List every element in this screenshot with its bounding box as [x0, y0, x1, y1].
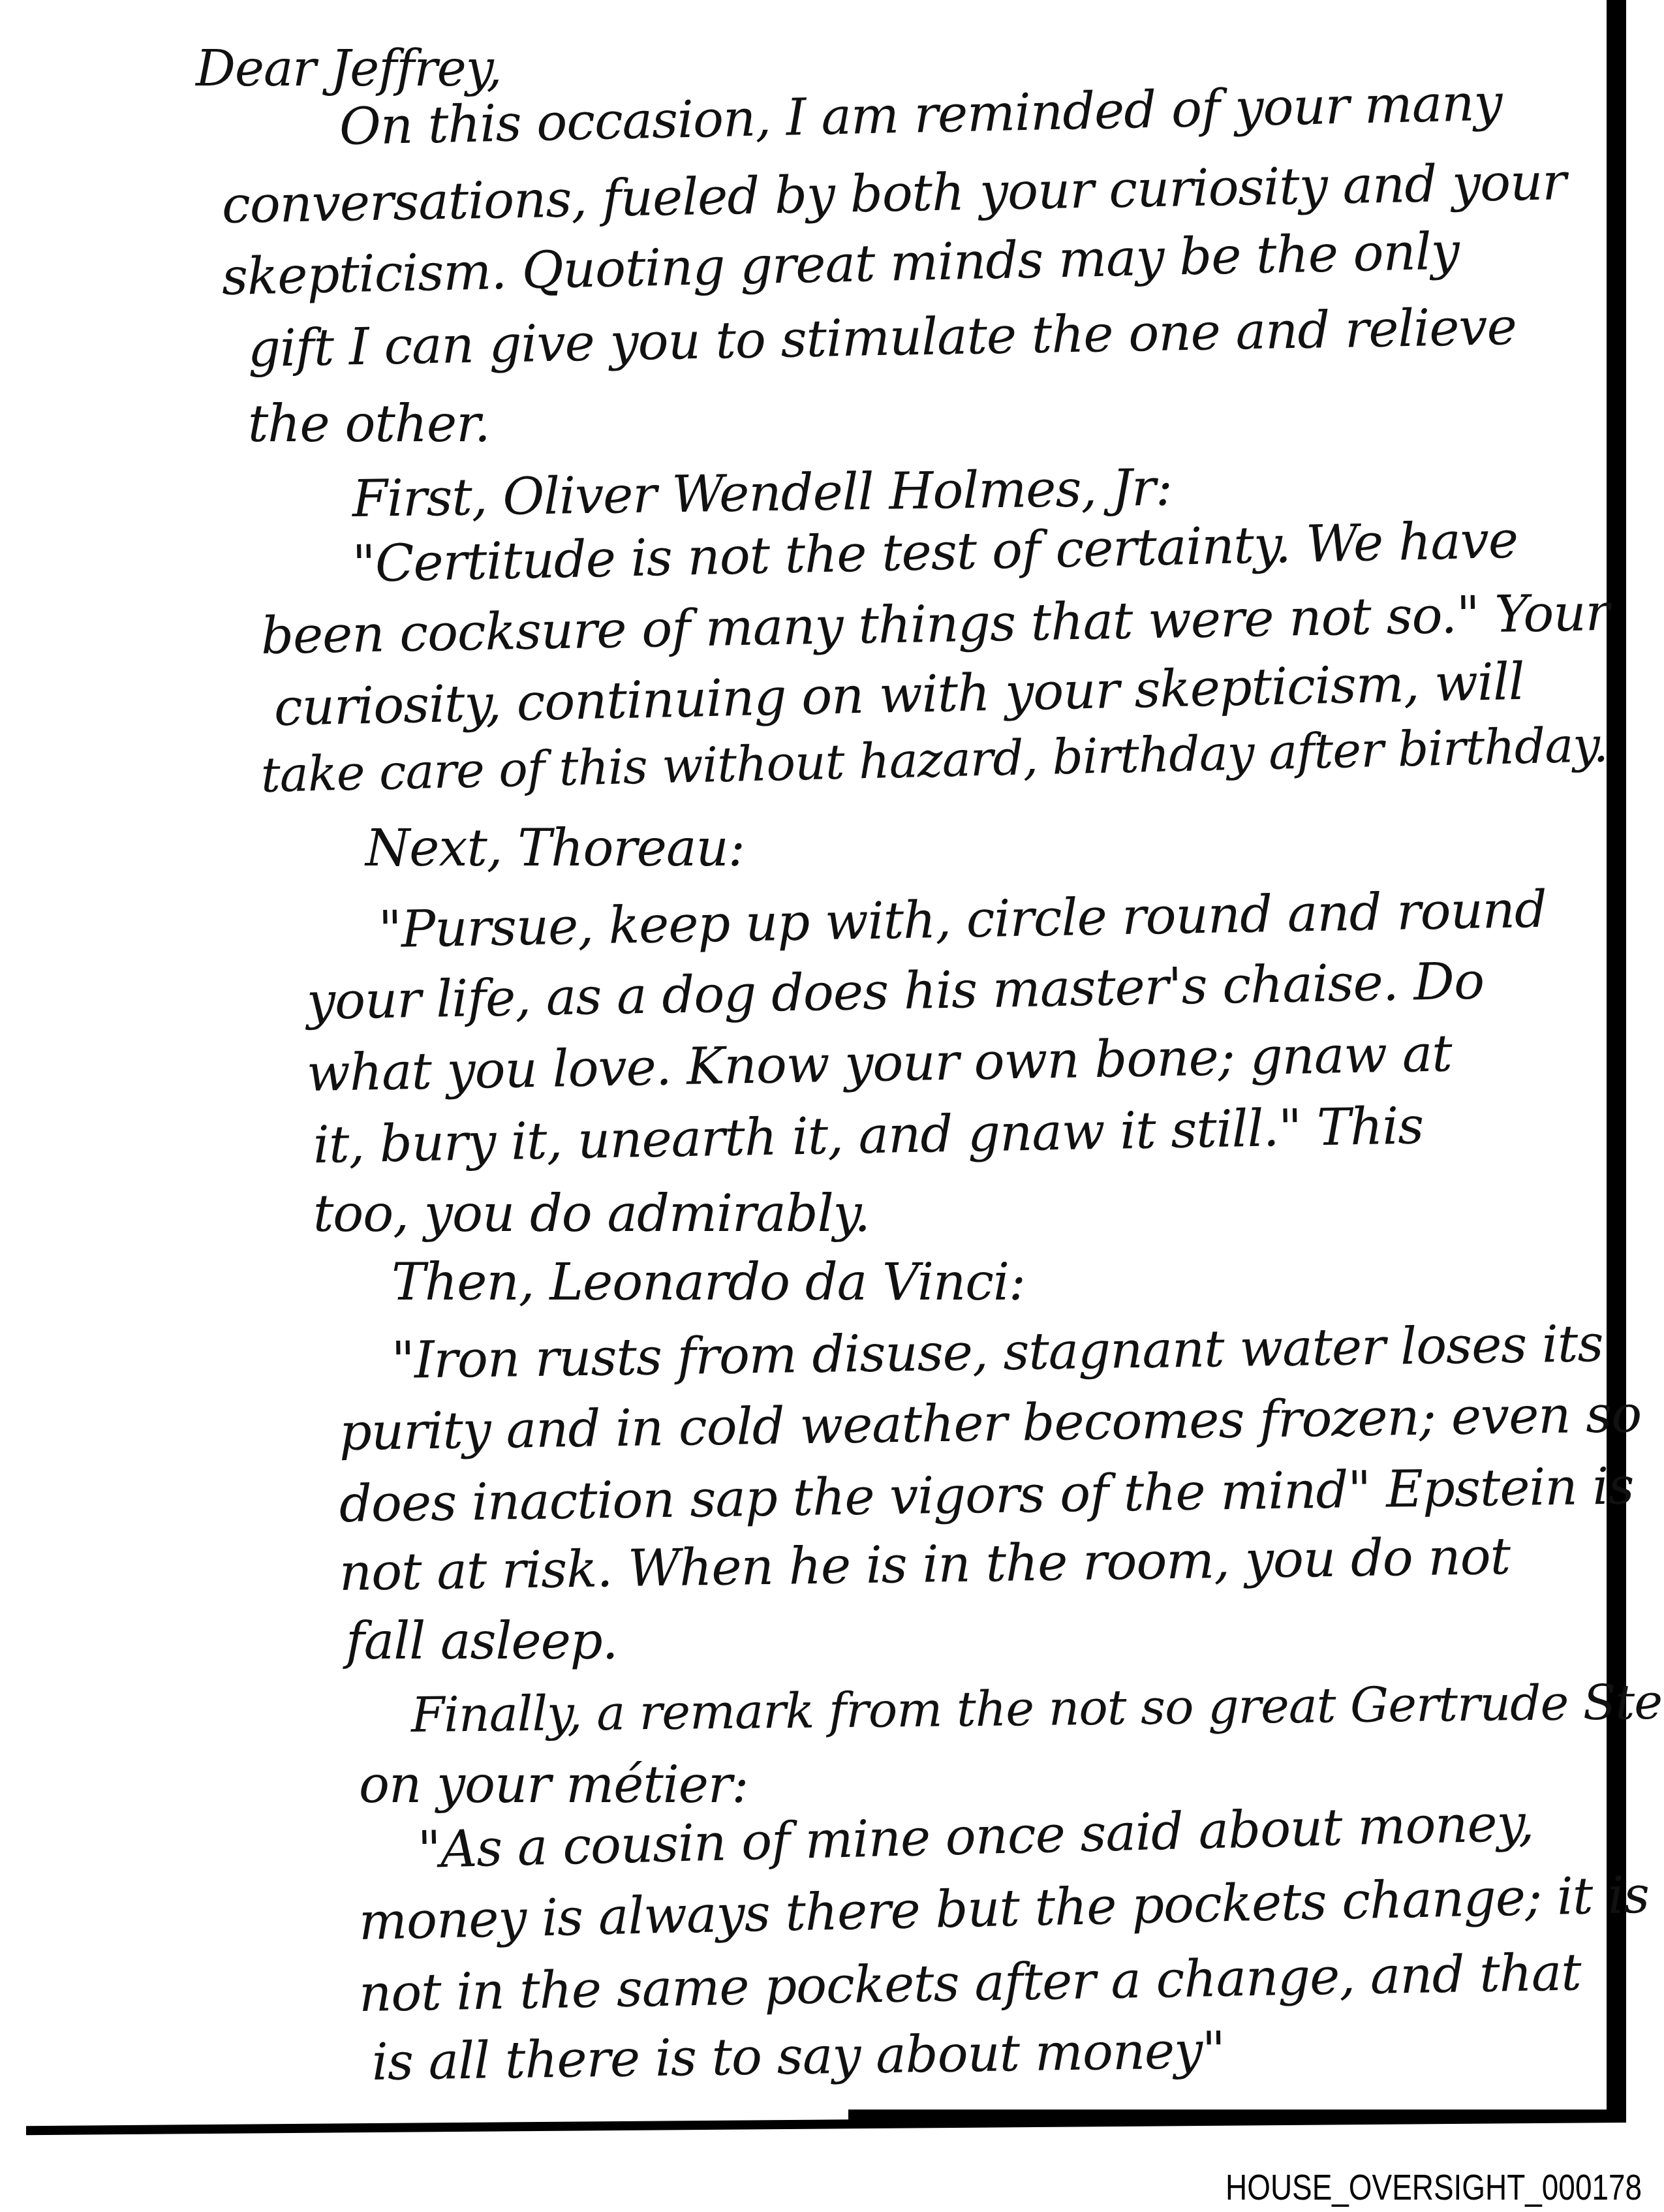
- letter-line: "Pursue, keep up with, circle round and …: [378, 880, 1547, 959]
- scanned-letter-page: Dear Jeffrey, On this occasion, I am rem…: [0, 0, 1664, 2212]
- letter-line: not at risk. When he is in the room, you…: [339, 1527, 1510, 1602]
- letter-line-heading: Next, Thoreau:: [365, 819, 745, 878]
- letter-line: does inaction sap the vigors of the mind…: [339, 1457, 1634, 1534]
- letter-line: On this occasion, I am reminded of your …: [339, 74, 1502, 157]
- letter-line: the other.: [248, 395, 490, 454]
- letter-line: what you love. Know your own bone; gnaw …: [306, 1024, 1452, 1103]
- letter-line: skepticism. Quoting great minds may be t…: [221, 222, 1460, 307]
- letter-line: fall asleep.: [346, 1612, 618, 1671]
- letter-line: too, you do admirably.: [313, 1185, 870, 1243]
- letter-line: been cocksure of many things that were n…: [260, 584, 1609, 666]
- letter-line: it, bury it, unearth it, and gnaw it sti…: [313, 1097, 1424, 1175]
- letter-line: gift I can give you to stimulate the one…: [247, 298, 1517, 379]
- bates-stamp: HOUSE_OVERSIGHT_000178: [1225, 2166, 1642, 2208]
- salutation: Dear Jeffrey,: [196, 39, 502, 97]
- letter-line: conversations, fueled by both your curio…: [221, 153, 1566, 235]
- letter-line: purity and in cold weather becomes froze…: [339, 1385, 1641, 1462]
- scan-border-right: [1607, 0, 1626, 2121]
- letter-line: Finally, a remark from the not so great …: [411, 1674, 1664, 1743]
- letter-line: is all there is to say about money": [371, 2021, 1225, 2092]
- letter-line: "Iron rusts from disuse, stagnant water …: [391, 1315, 1603, 1390]
- letter-line: not in the same pockets after a change, …: [358, 1943, 1581, 2023]
- letter-line-heading: on your métier:: [359, 1756, 748, 1815]
- scan-border-bottom-thick: [848, 2110, 1626, 2123]
- letter-line: your life, as a dog does his master's ch…: [306, 952, 1484, 1031]
- letter-line-heading: First, Oliver Wendell Holmes, Jr:: [352, 458, 1172, 529]
- letter-line-heading: Then, Leonardo da Vinci:: [392, 1253, 1025, 1312]
- letter-line: money is always there but the pockets ch…: [358, 1866, 1650, 1952]
